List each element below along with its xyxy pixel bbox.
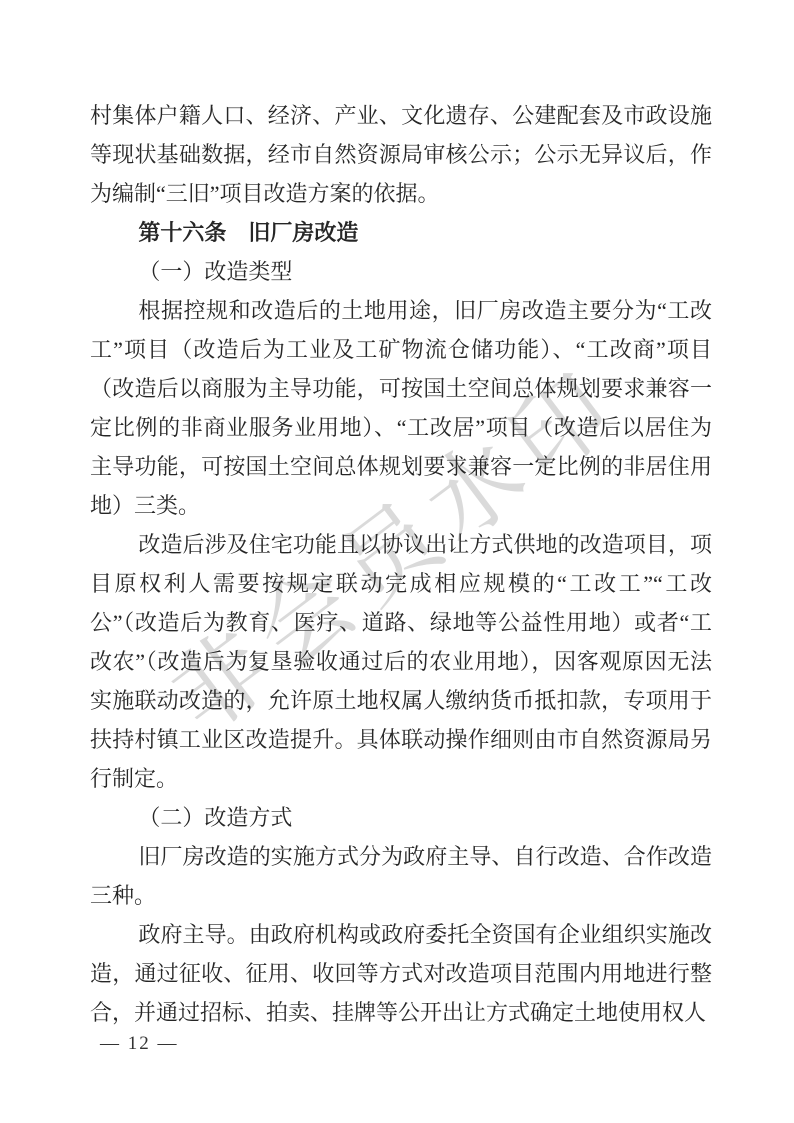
document-page: 非会员水印 村集体户籍人口、经济、产业、文化遗存、公建配套及市政设施等现状基础数… (0, 0, 794, 1123)
section-heading: 第十六条 旧厂房改造 (90, 213, 712, 252)
document-body: 村集体户籍人口、经济、产业、文化遗存、公建配套及市政设施等现状基础数据，经市自然… (90, 96, 712, 1032)
paragraph-implementation-modes: 旧厂房改造的实施方式分为政府主导、自行改造、合作改造三种。 (90, 837, 712, 915)
subsection-heading-types: （一）改造类型 (90, 252, 712, 291)
paragraph-renovation-types: 根据控规和改造后的土地用途，旧厂房改造主要分为“工改工”项目（改造后为工业及工矿… (90, 291, 712, 525)
paragraph-continuation: 村集体户籍人口、经济、产业、文化遗存、公建配套及市政设施等现状基础数据，经市自然… (90, 96, 712, 213)
paragraph-linkage-rules: 改造后涉及住宅功能且以协议出让方式供地的改造项目，项目原权利人需要按规定联动完成… (90, 525, 712, 798)
paragraph-government-led: 政府主导。由政府机构或政府委托全资国有企业组织实施改造，通过征收、征用、收回等方… (90, 915, 712, 1032)
page-number: — 12 — (100, 1032, 179, 1056)
subsection-heading-modes: （二）改造方式 (90, 798, 712, 837)
